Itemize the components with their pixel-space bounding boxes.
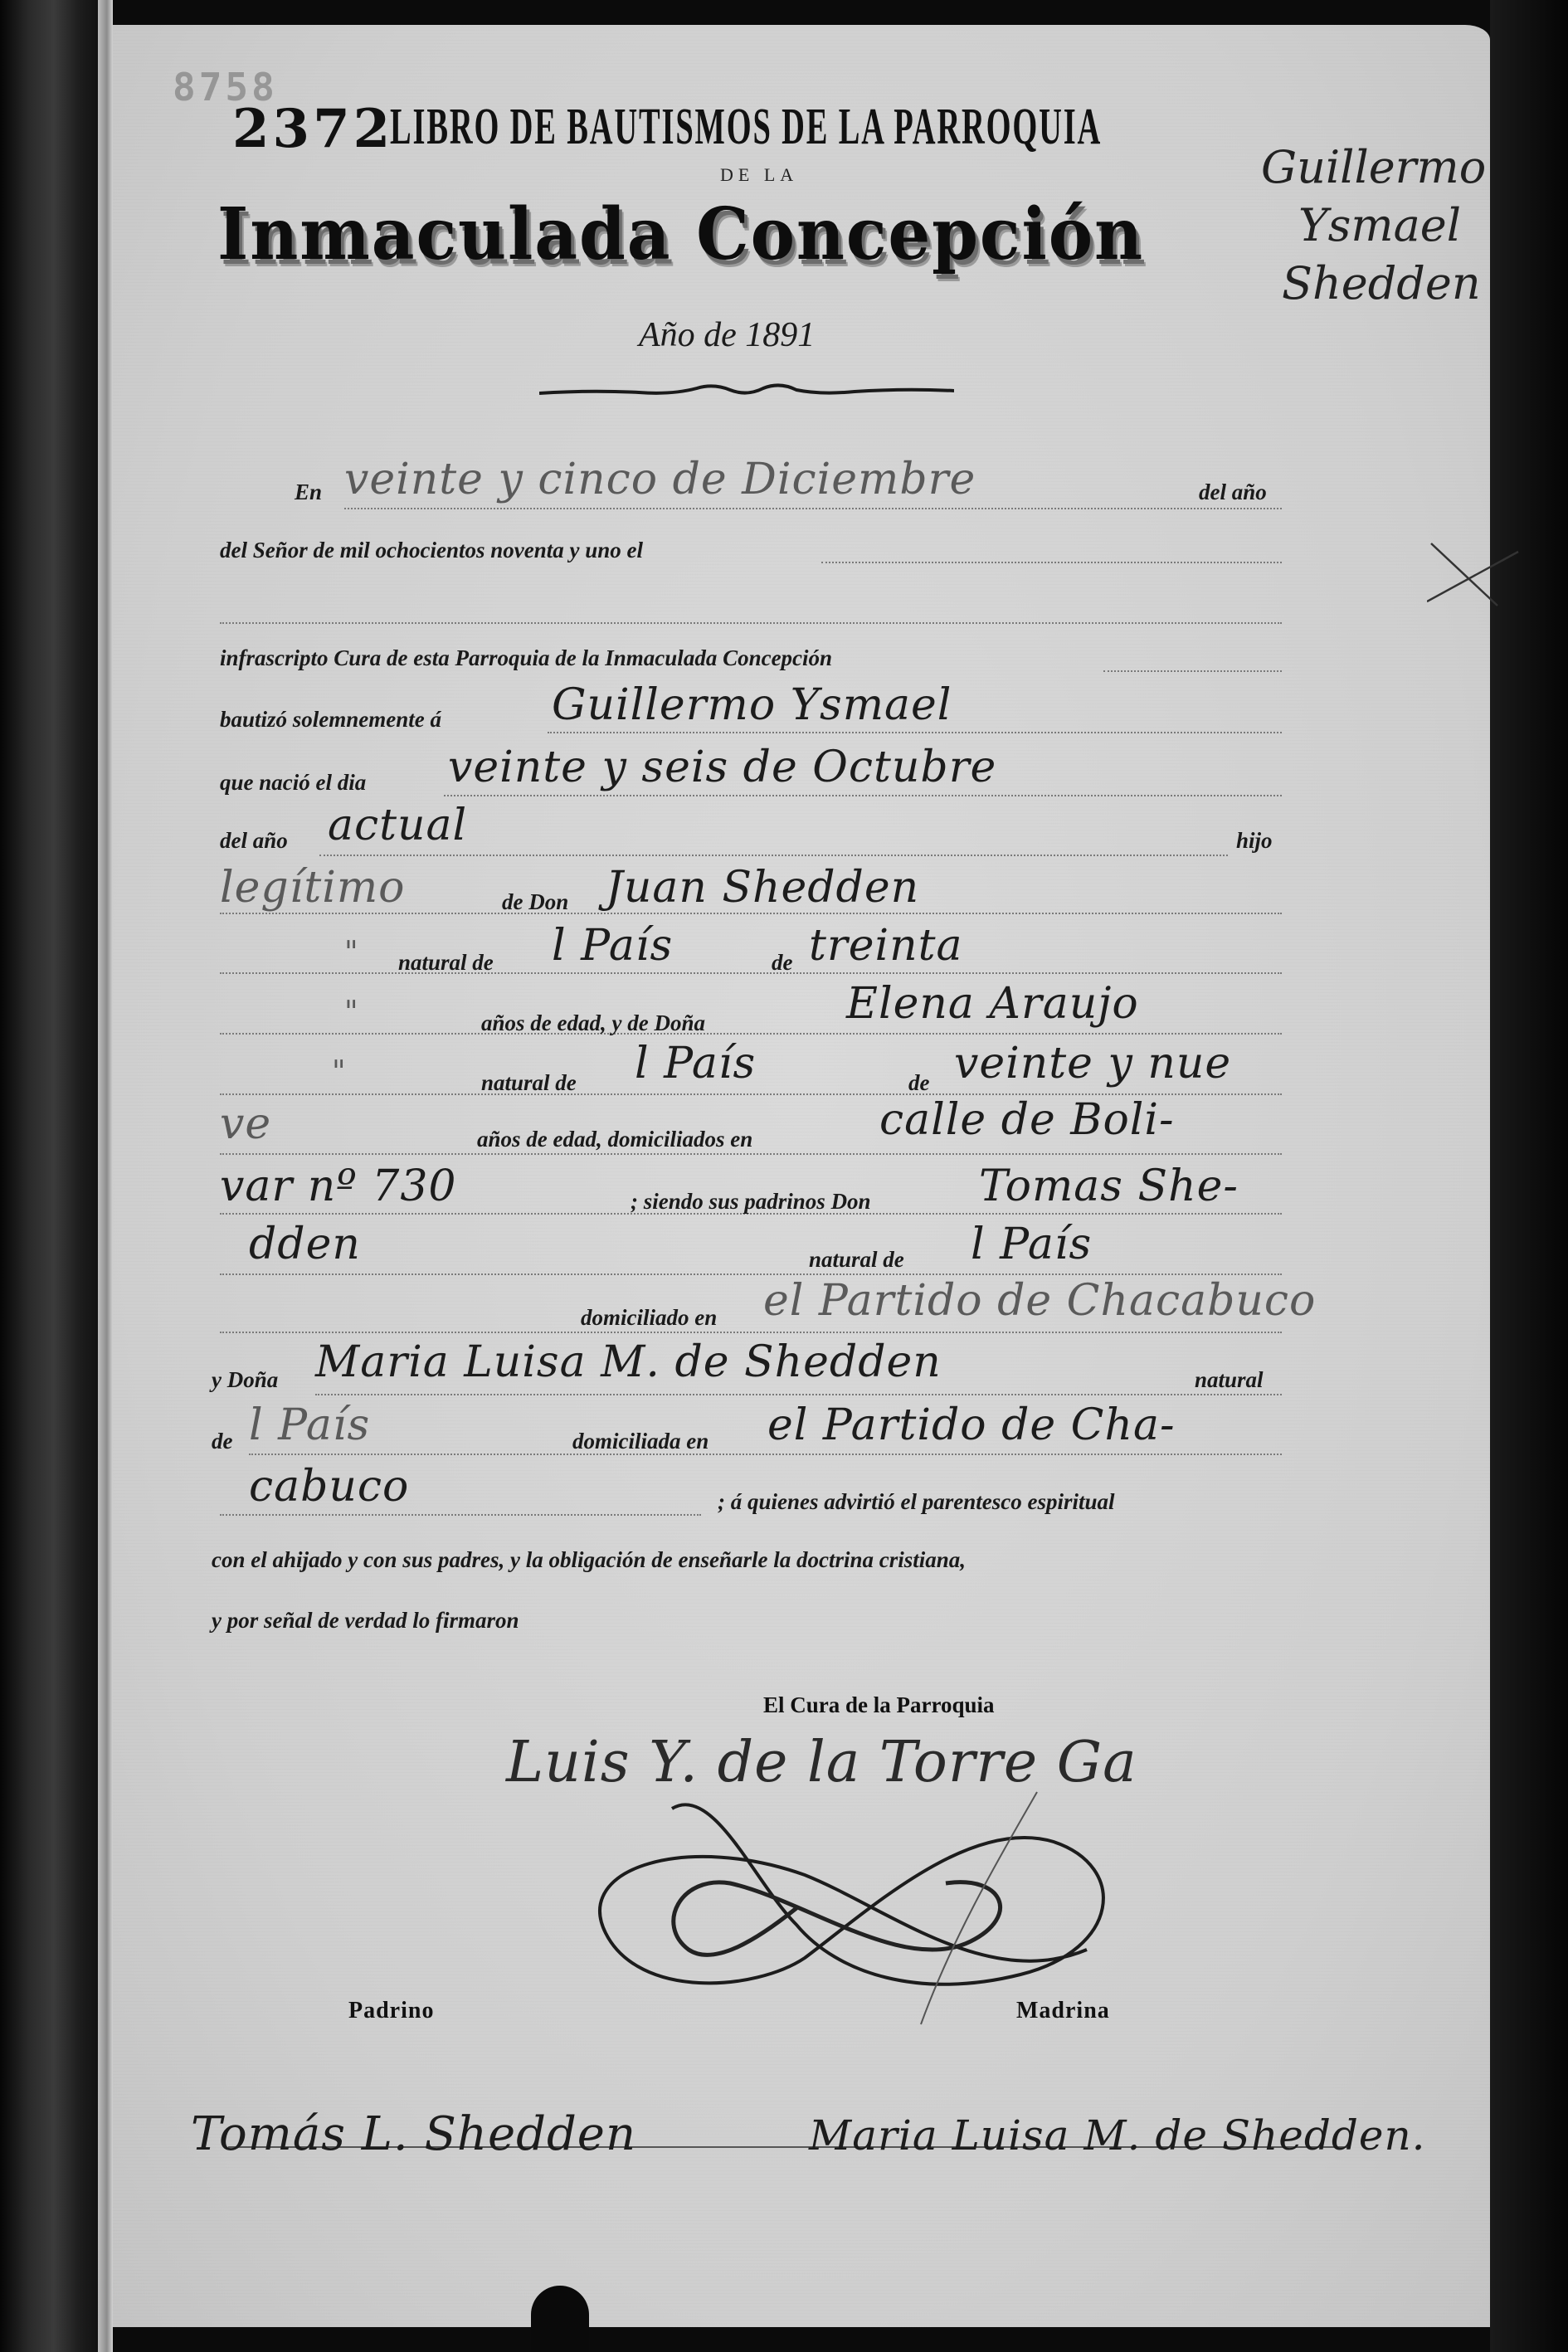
printed-text: infrascripto Cura de esta Parroquia de l…: [220, 645, 832, 671]
printed-text: de: [908, 1070, 929, 1096]
handwritten-father-age: treinta: [809, 921, 963, 971]
handwritten-age-continued: ve: [220, 1099, 271, 1149]
form-rule: [821, 562, 1282, 563]
book-binding: [0, 0, 98, 2352]
printed-text: y Doña: [212, 1367, 278, 1393]
signature-flourish-icon: [589, 1784, 1186, 2033]
handwritten-date: veinte y cinco de Diciembre: [344, 455, 976, 504]
printed-text: de Don: [502, 889, 568, 915]
handwritten-birth-date: veinte y seis de Octubre: [448, 743, 996, 792]
margin-name-line2: Ysmael: [1298, 199, 1461, 251]
handwritten-godmother-origin: l País: [249, 1400, 370, 1450]
form-rule: [220, 972, 1282, 974]
form-rule: [220, 1153, 1282, 1155]
scan-background-right: [1490, 0, 1568, 2352]
form-rule: [220, 1273, 1282, 1275]
printed-text: bautizó solemnemente á: [220, 707, 441, 733]
handwritten-address-continued: var nº 730: [220, 1161, 457, 1211]
priest-label: El Cura de la Parroquia: [763, 1692, 995, 1718]
title-de-la: DE LA: [720, 164, 798, 186]
printed-text: En: [295, 480, 322, 505]
book-clip: [531, 2286, 589, 2352]
printed-text: natural de: [809, 1247, 904, 1273]
handwritten-legitimacy: legítimo: [220, 863, 405, 913]
printed-text: domiciliado en: [581, 1305, 717, 1331]
handwritten-birth-year: actual: [328, 801, 467, 850]
form-rule: [220, 913, 1282, 914]
handwritten-address: calle de Boli-: [879, 1095, 1175, 1145]
parish-name: Inmaculada Concepción: [217, 192, 1144, 276]
ditto-mark: ": [344, 936, 359, 970]
handwritten-godfather-name: Tomas She-: [979, 1161, 1239, 1211]
printed-text: con el ahijado y con sus padres, y la ob…: [212, 1547, 966, 1573]
padrino-signature: Tomás L. Shedden: [191, 2107, 636, 2161]
ditto-mark: ": [332, 1055, 347, 1089]
handwritten-mother-age: veinte y nue: [954, 1039, 1231, 1088]
handwritten-mother-origin: l País: [635, 1039, 756, 1088]
madrina-signature: Maria Luisa M. de Shedden.: [809, 2111, 1426, 2160]
handwritten-godfather-domicile: el Partido de Chacabuco: [763, 1276, 1316, 1326]
handwritten-mother-name: Elena Araujo: [846, 979, 1139, 1029]
printed-text: hijo: [1236, 828, 1273, 854]
form-rule: [319, 855, 1228, 856]
printed-text: y por señal de verdad lo firmaron: [212, 1608, 519, 1634]
form-rule: [220, 1332, 1282, 1333]
year-label: Año de 1891: [639, 315, 815, 355]
form-rule: [249, 1454, 1282, 1455]
entry-number: 2372: [232, 98, 393, 160]
padrino-label: Padrino: [348, 1998, 434, 2024]
ornament-divider-icon: [539, 382, 954, 400]
printed-text: años de edad, domiciliados en: [477, 1127, 752, 1152]
form-rule: [548, 732, 1282, 733]
printed-text: ; siendo sus padrinos Don: [631, 1189, 871, 1215]
printed-text: años de edad, y de Doña: [481, 1010, 705, 1036]
printed-text: que nació el dia: [220, 770, 366, 796]
handwritten-godfather-origin: l País: [971, 1220, 1092, 1269]
printed-text: natural: [1195, 1367, 1264, 1393]
handwritten-godmother-name: Maria Luisa M. de Shedden: [315, 1337, 942, 1387]
form-rule: [315, 1394, 1282, 1395]
page-gutter: [98, 0, 113, 2352]
handwritten-godfather-continued: dden: [249, 1220, 361, 1269]
handwritten-domicile-continued: cabuco: [249, 1462, 409, 1512]
printed-text: del año: [1199, 480, 1267, 505]
printed-text: natural de: [398, 950, 494, 976]
handwritten-child-name: Guillermo Ysmael: [552, 680, 952, 730]
cross-mark-icon: [1427, 539, 1527, 614]
handwritten-father-origin: l País: [552, 921, 673, 971]
printed-text: del Señor de mil ochocientos noventa y u…: [220, 538, 643, 563]
form-rule: [1103, 670, 1282, 672]
printed-text: de: [772, 950, 792, 976]
margin-name-line1: Guillermo: [1261, 141, 1486, 193]
printed-text: ; á quienes advirtió el parentesco espir…: [718, 1489, 1115, 1515]
form-rule: [220, 622, 1282, 624]
printed-text: natural de: [481, 1070, 577, 1096]
printed-text: de: [212, 1429, 232, 1454]
form-rule: [444, 795, 1282, 796]
handwritten-father-name: Juan Shedden: [606, 863, 919, 913]
printed-text: domiciliada en: [572, 1429, 709, 1454]
form-rule: [344, 508, 1282, 509]
madrina-label: Madrina: [1016, 1998, 1110, 2024]
ditto-mark: ": [344, 996, 359, 1030]
form-rule: [220, 1514, 701, 1516]
margin-name-line3: Shedden: [1282, 257, 1481, 309]
form-rule: [220, 1033, 1282, 1035]
handwritten-godmother-domicile: el Partido de Cha-: [767, 1400, 1176, 1450]
book-title: LIBRO DE BAUTISMOS DE LA PARROQUIA: [390, 98, 1102, 157]
printed-text: del año: [220, 828, 288, 854]
